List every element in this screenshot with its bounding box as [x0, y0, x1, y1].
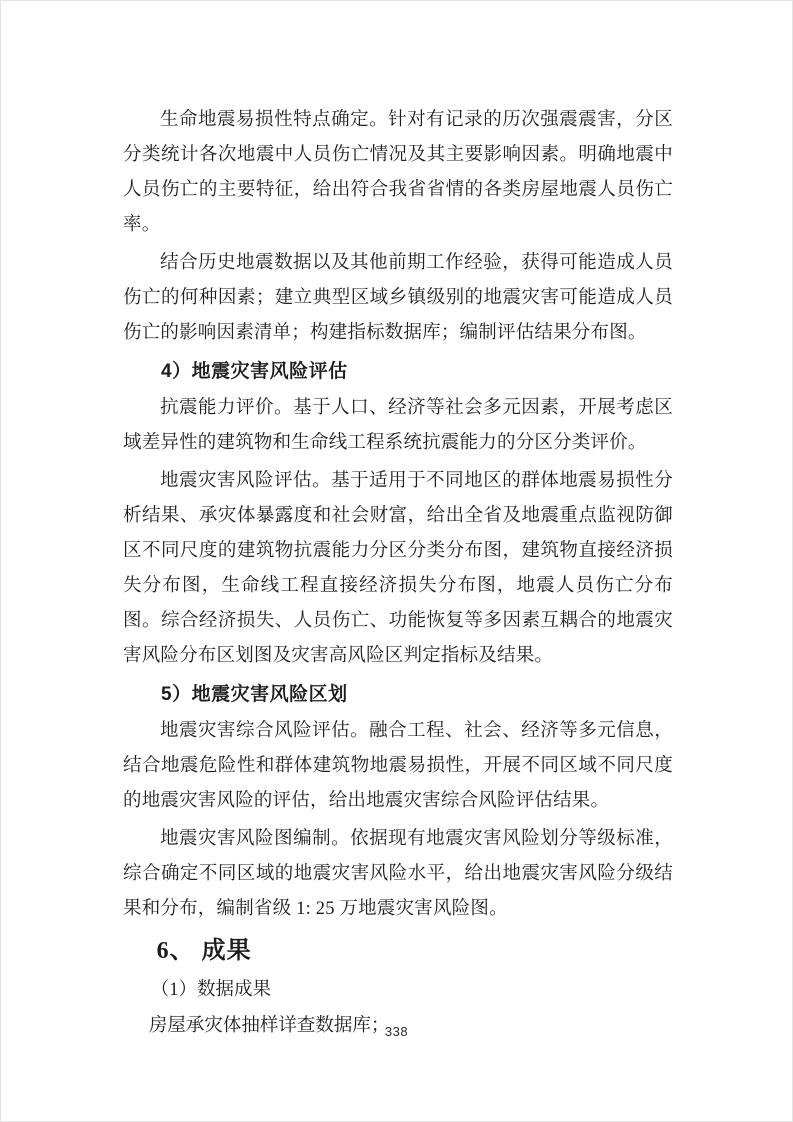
- body-paragraph: 抗震能力评价。基于人口、经济等社会多元因素，开展考虑区域差异性的建筑物和生命线工…: [123, 391, 673, 461]
- document-page: 生命地震易损性特点确定。针对有记录的历次强震震害，分区分类统计各次地震中人员伤亡…: [0, 0, 793, 1122]
- body-paragraph: 结合历史地震数据以及其他前期工作经验，获得可能造成人员伤亡的何种因素；建立典型区…: [123, 246, 673, 351]
- subsection-heading-5-risk-zoning: 5）地震灾害风险区划: [123, 677, 673, 712]
- body-paragraph: 生命地震易损性特点确定。针对有记录的历次强震震害，分区分类统计各次地震中人员伤亡…: [123, 103, 673, 243]
- section-heading-6-results: 6、 成果: [123, 931, 673, 971]
- page-number: 338: [385, 1024, 408, 1039]
- data-results-subheading: （1）数据成果: [123, 973, 673, 1008]
- body-paragraph: 地震灾害风险图编制。依据现有地震灾害风险划分等级标准，综合确定不同区域的地震灾害…: [123, 822, 673, 927]
- page-footer: 338: [1, 1023, 792, 1041]
- body-paragraph: 地震灾害综合风险评估。融合工程、社会、经济等多元信息，结合地震危险性和群体建筑物…: [123, 714, 673, 819]
- page-content: 生命地震易损性特点确定。针对有记录的历次强震震害，分区分类统计各次地震中人员伤亡…: [123, 103, 673, 1045]
- body-paragraph: 地震灾害风险评估。基于适用于不同地区的群体地震易损性分析结果、承灾体暴露度和社会…: [123, 464, 673, 674]
- subsection-heading-4-risk-assessment: 4）地震灾害风险评估: [123, 354, 673, 389]
